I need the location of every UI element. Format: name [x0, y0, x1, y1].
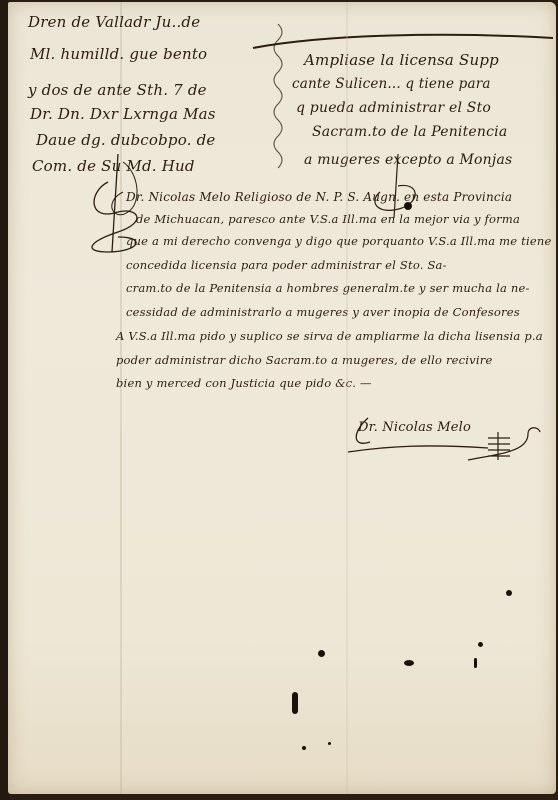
ink-blot	[302, 746, 306, 750]
petition-line: A V.S.a Ill.ma pido y suplico se sirva d…	[116, 325, 543, 347]
ink-blot	[506, 590, 512, 596]
margin-note-line: y dos de ante Sth. 7 de	[28, 78, 207, 102]
signature-rubric	[348, 412, 548, 472]
petition-line: de Michuacan, paresco ante V.S.a Ill.ma …	[136, 208, 520, 230]
margin-note-line: Dr. Dn. Dxr Lxrnga Mas	[30, 102, 216, 126]
margin-note-line: Ml. humilld. gue bento	[30, 42, 207, 66]
petition-line: Dr. Nicolas Melo Religioso de N. P. S. A…	[126, 186, 512, 208]
petition-line: cram.to de la Penitensia a hombres gener…	[126, 277, 530, 299]
decree-line: Ampliase la licensa Supp	[304, 48, 499, 72]
ink-blot	[292, 692, 298, 714]
decree-line: cante Sulicen... q tiene para	[292, 72, 491, 96]
petition-line: que a mi derecho convenga y digo que por…	[126, 230, 551, 252]
ink-blot	[404, 660, 414, 666]
ink-blot	[318, 650, 325, 657]
ink-blot	[478, 642, 483, 647]
ink-blot	[328, 742, 331, 745]
petition-line: cessidad de administrarlo a mugeres y av…	[126, 301, 520, 323]
ink-blot	[474, 658, 477, 668]
margin-note-line: Daue dg. dubcobpo. de	[36, 128, 216, 152]
petition-line: poder administrar dicho Sacram.to a muge…	[116, 349, 492, 371]
margin-note-line: Dren de Valladr Ju..de	[28, 10, 200, 34]
manuscript-page: Dren de Valladr Ju..de Ml. humilld. gue …	[8, 2, 556, 794]
petition-line: concedida licensia para poder administra…	[126, 254, 447, 276]
ink-blot	[404, 202, 412, 210]
petition-line: bien y merced con Justicia que pido &c. …	[116, 372, 372, 394]
decree-line: q pueda administrar el Sto	[296, 96, 491, 120]
decree-line: Sacram.to de la Penitencia	[312, 120, 507, 144]
